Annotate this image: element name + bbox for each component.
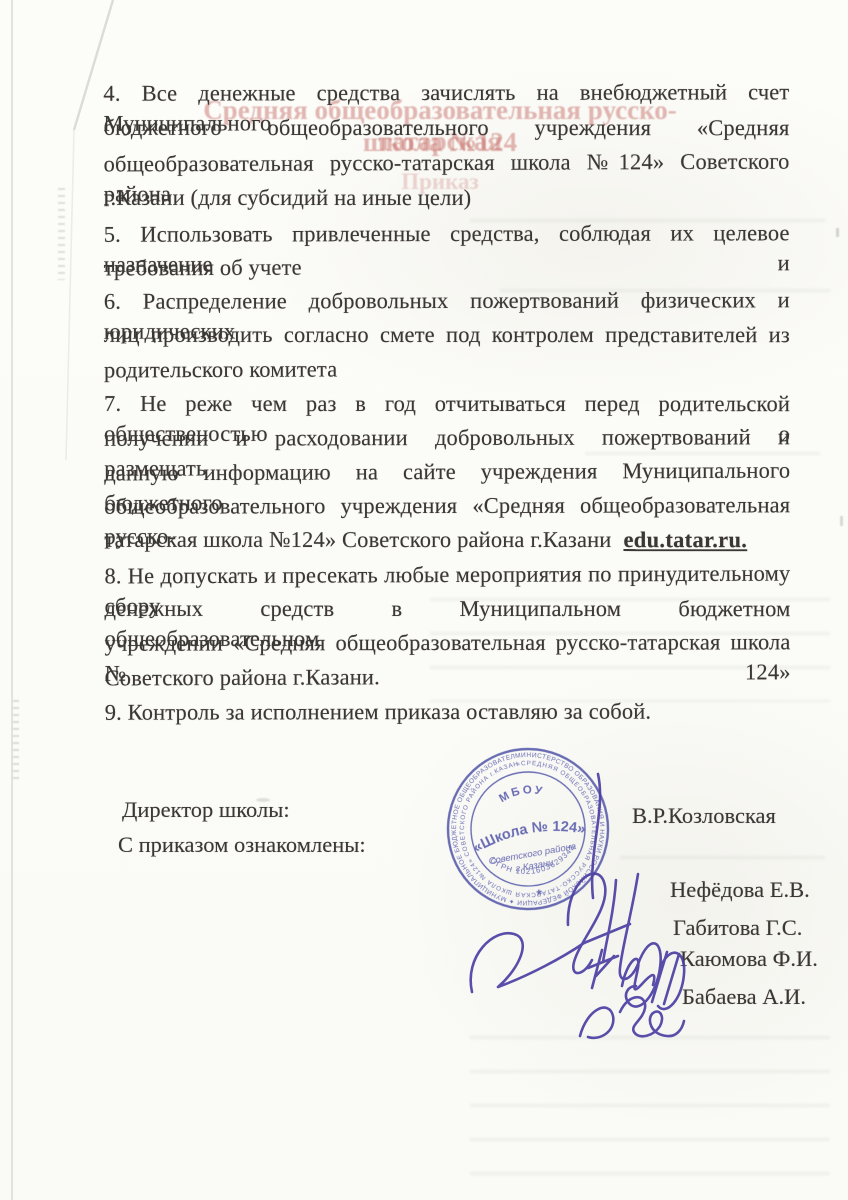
document-line: бюджетного общеобразовательного учрежден… bbox=[103, 113, 789, 143]
signature-kayumova bbox=[588, 950, 679, 1004]
scanned-document-page: Средняя общеобразовательная русско-татар… bbox=[0, 0, 848, 1200]
document-line: родительского комитета bbox=[104, 353, 790, 386]
scan-speck bbox=[840, 516, 843, 526]
external-link: edu.tatar.ru. bbox=[623, 527, 747, 552]
bleedthrough-margin-marks bbox=[58, 188, 65, 280]
document-line: 4. Все денежные средства зачислять на вн… bbox=[103, 77, 789, 108]
document-line: учреждении «Средняя общеобразовательная … bbox=[105, 627, 791, 658]
document-line: данную информацию на сайте учреждения Му… bbox=[104, 456, 790, 489]
document-line: общеобразовательного учреждения «Средняя… bbox=[104, 490, 790, 521]
scan-edge-line bbox=[11, 0, 13, 1200]
document-line: Советского района г.Казани. bbox=[105, 661, 791, 694]
director-label: Директор школы: bbox=[122, 797, 290, 823]
document-line: получении и расходовании добровольных по… bbox=[104, 422, 790, 453]
scan-speck bbox=[836, 228, 839, 237]
document-line: денежных средств в Муниципальном бюджетн… bbox=[104, 594, 790, 624]
document-line: требования об учете bbox=[104, 251, 790, 284]
document-line: 6. Распределение добровольных пожертвова… bbox=[104, 285, 790, 316]
document-line: лиц производить согласно смете под контр… bbox=[104, 320, 790, 350]
document-line: татарская школа №124» Советского района … bbox=[104, 525, 790, 555]
acknowledged-label: С приказом ознакомлены: bbox=[118, 832, 366, 858]
bleedthrough-margin-marks bbox=[13, 700, 19, 780]
document-line: общеобразовательная русско-татарская шко… bbox=[103, 147, 789, 180]
signature-babaeva bbox=[580, 997, 684, 1038]
handwritten-signatures bbox=[430, 740, 848, 1070]
document-line: 5. Использовать привлеченные средства, с… bbox=[104, 218, 790, 249]
document-line: 8. Не допускать и пресекать любые меропр… bbox=[104, 559, 790, 592]
document-line: 9. Контроль за исполнением приказа остав… bbox=[105, 696, 791, 727]
signature-nefyodova bbox=[471, 924, 630, 992]
order-body-text: 4. Все денежные средства зачислять на вн… bbox=[103, 0, 791, 761]
document-line: г.Казани (для субсидий на иные цели) bbox=[104, 183, 790, 213]
document-line-text: татарская школа №124» Советского района … bbox=[104, 527, 611, 552]
document-line: 7. Не реже чем раз в год отчитываться пе… bbox=[104, 389, 790, 419]
